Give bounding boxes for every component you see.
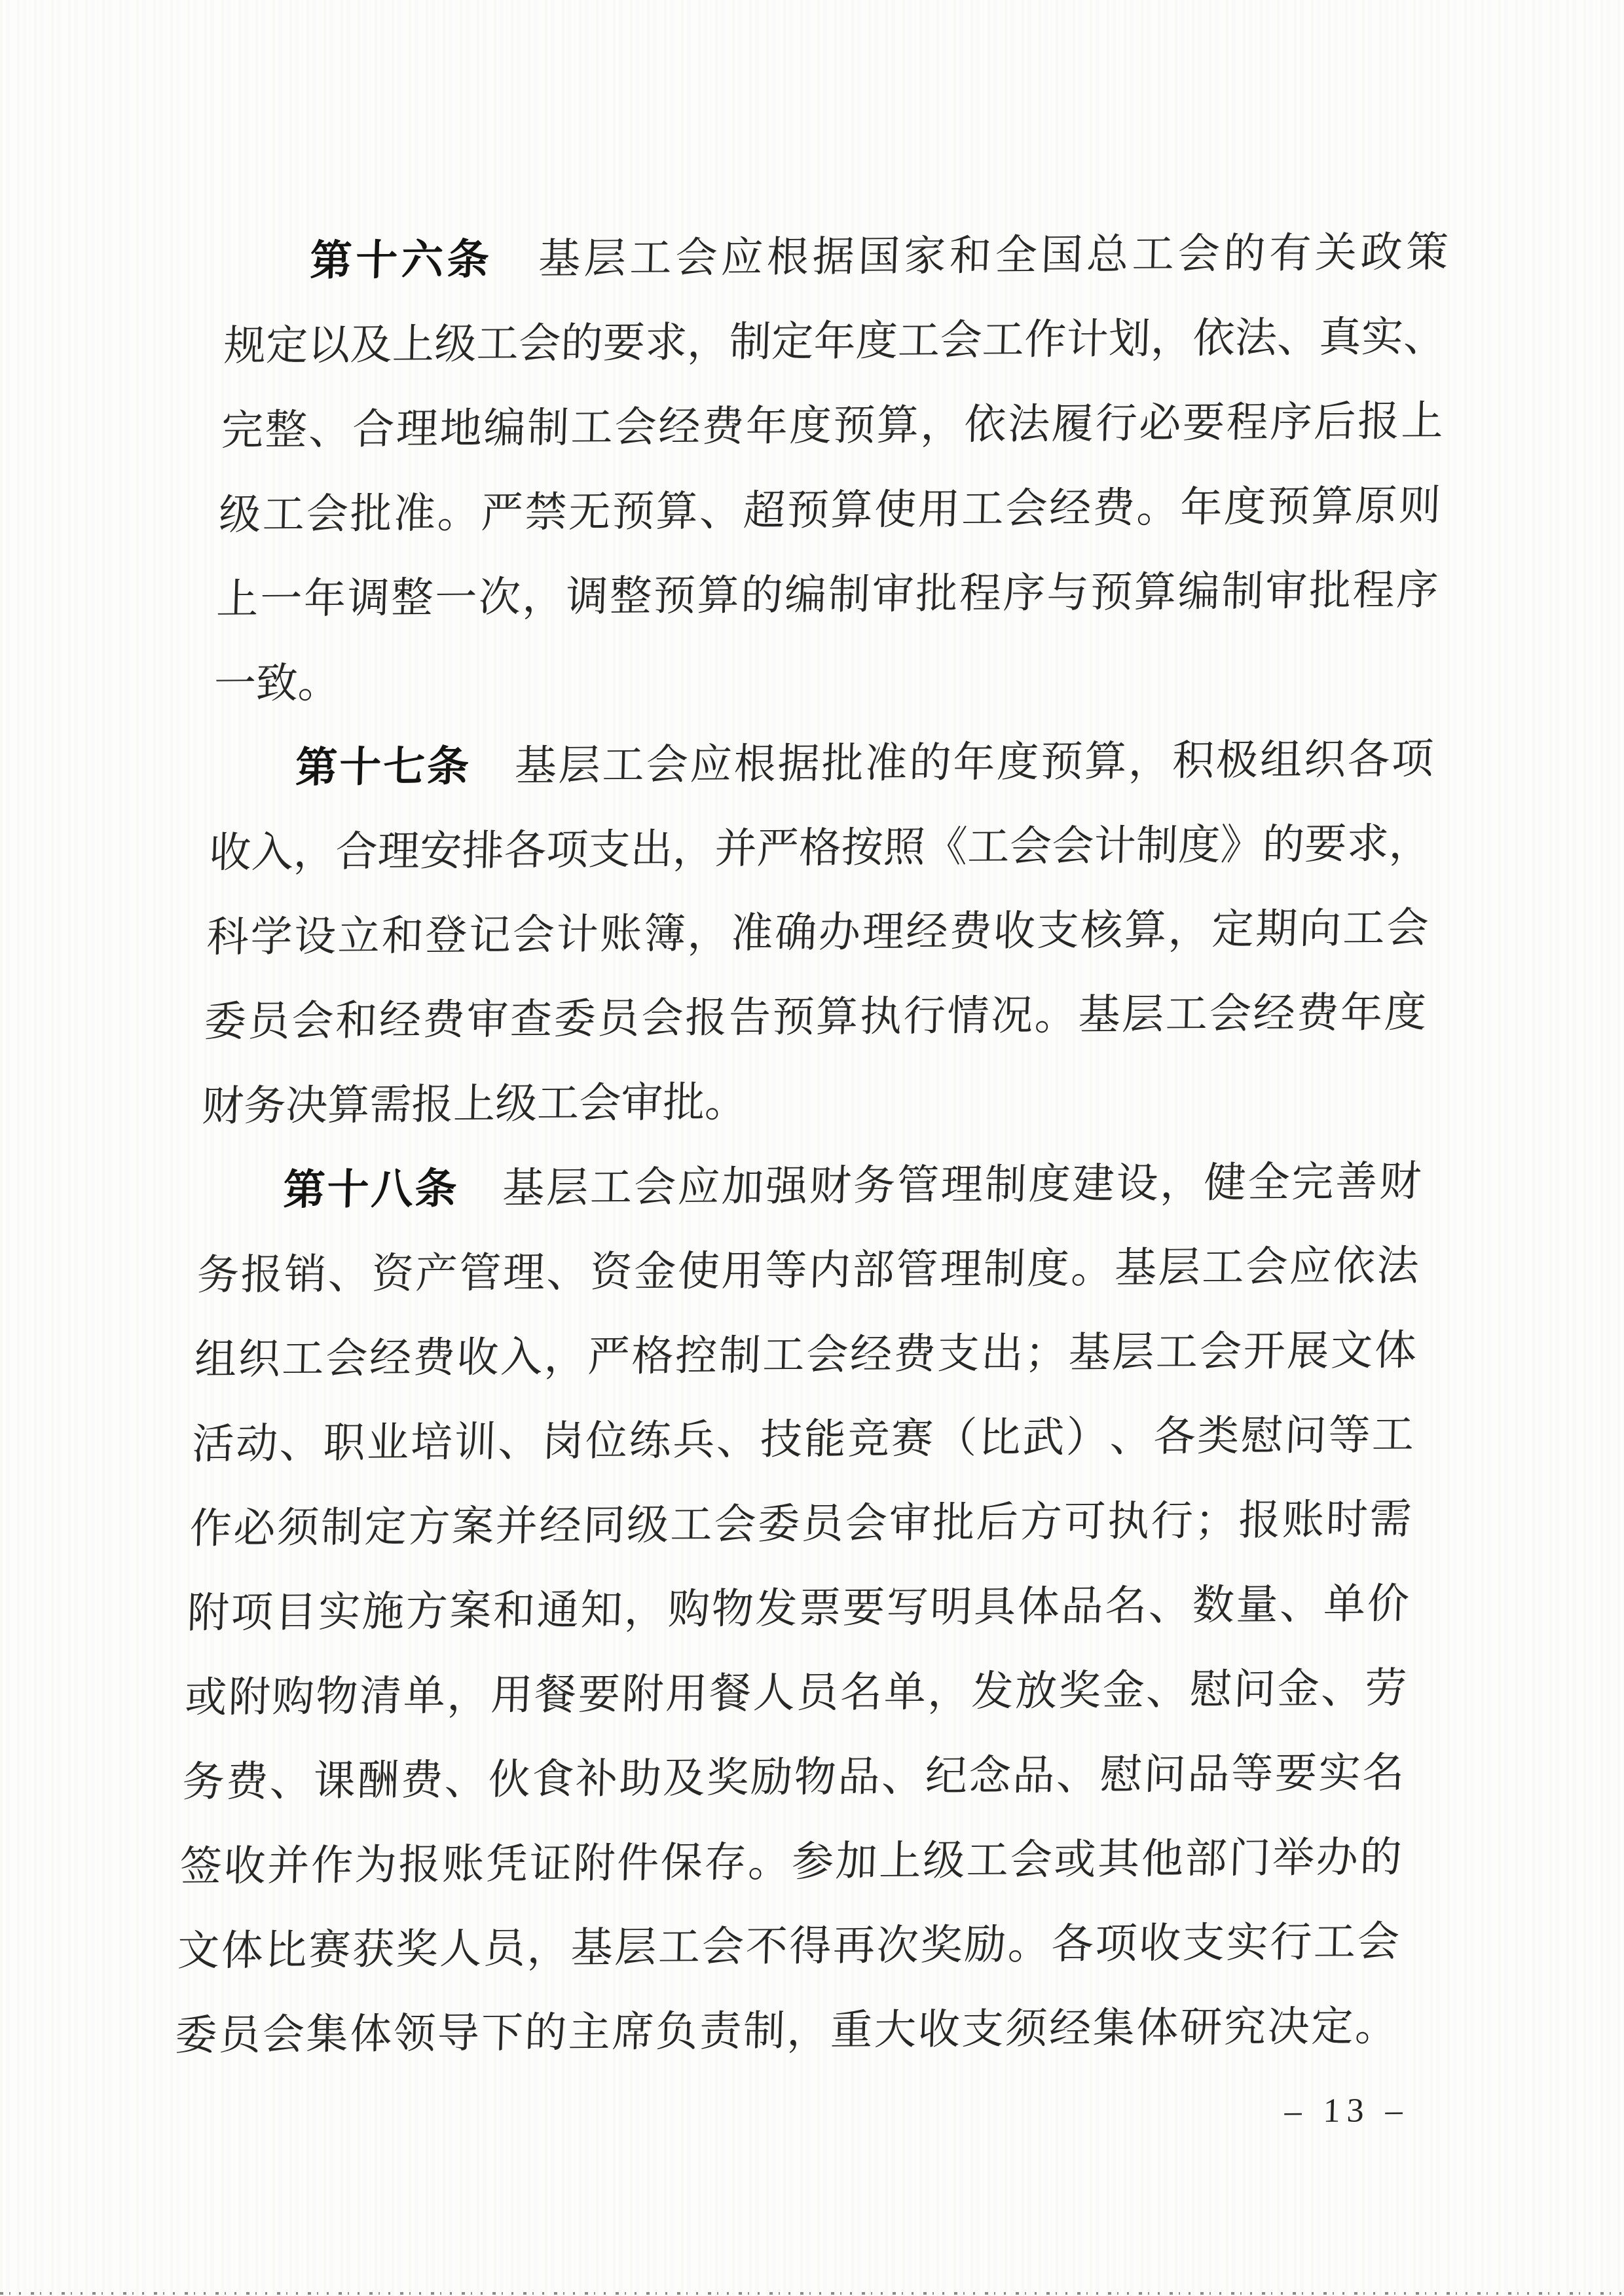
text-line: 第十八条基层工会应加强财务管理制度建设，健全完善财 xyxy=(198,1139,1423,1233)
text-line: 规定以及上级工会的要求，制定年度工会工作计划，依法、真实、 xyxy=(223,294,1447,388)
text-line: 科学设立和登记会计账簿，准确办理经费收支核算，定期向工会 xyxy=(206,886,1430,980)
text-line: 务报销、资产管理、资金使用等内部管理制度。基层工会应依法 xyxy=(196,1224,1420,1318)
text-line: 完整、合理地编制工会经费年度预算，依法履行必要程序后报上 xyxy=(220,378,1445,473)
text-line: 文体比赛获奖人员，基层工会不得再次奖励。各项收支实行工会 xyxy=(176,1899,1401,1994)
text-line: 收入，合理安排各项支出，并严格按照《工会会计制度》的要求， xyxy=(208,801,1433,896)
text-line: 附项目实施方案和通知，购物发票要写明具体品名、数量、单价 xyxy=(186,1561,1411,1656)
page-number: – 13 – xyxy=(172,2068,1411,2162)
page-content: 第十六条基层工会应根据国家和全国总工会的有关政策规定以及上级工会的要求，制定年度… xyxy=(172,210,1449,2162)
text-line: 财务决算需报上级工会审批。 xyxy=(200,1055,1425,1149)
text-line: 第十七条基层工会应根据批准的年度预算，积极组织各项 xyxy=(210,717,1435,811)
text-line: 签收并作为报账凭证附件保存。参加上级工会或其他部门举办的 xyxy=(179,1815,1403,1909)
scan-edge-artifact xyxy=(0,2292,1624,2295)
text-line: 务费、课酬费、伙食补助及奖励物品、纪念品、慰问品等要实名 xyxy=(181,1730,1406,1825)
text-line: 一致。 xyxy=(213,632,1437,726)
text-line: 上一年调整一次，调整预算的编制审批程序与预算编制审批程序 xyxy=(215,547,1440,642)
text-line: 第十六条基层工会应根据国家和全国总工会的有关政策 xyxy=(225,210,1450,304)
text-line: 或附购物清单，用餐要附用餐人员名单，发放奖金、慰问金、劳 xyxy=(183,1646,1408,1740)
document-page: 第十六条基层工会应根据国家和全国总工会的有关政策规定以及上级工会的要求，制定年度… xyxy=(0,0,1624,2296)
text-line: 组织工会经费收入，严格控制工会经费支出；基层工会开展文体 xyxy=(193,1308,1418,1402)
text-lines: 第十六条基层工会应根据国家和全国总工会的有关政策规定以及上级工会的要求，制定年度… xyxy=(174,210,1450,2077)
text-line: 级工会批准。严禁无预算、超预算使用工会经费。年度预算原则 xyxy=(217,463,1442,557)
text-line: 委员会集体领导下的主席负责制，重大收支须经集体研究决定。 xyxy=(174,1984,1399,2078)
text-line: 委员会和经费审查委员会报告预算执行情况。基层工会经费年度 xyxy=(203,970,1428,1065)
text-line: 活动、职业培训、岗位练兵、技能竞赛（比武）、各类慰问等工 xyxy=(191,1393,1416,1487)
text-line: 作必须制定方案并经同级工会委员会审批后方可执行；报账时需 xyxy=(189,1477,1413,1571)
